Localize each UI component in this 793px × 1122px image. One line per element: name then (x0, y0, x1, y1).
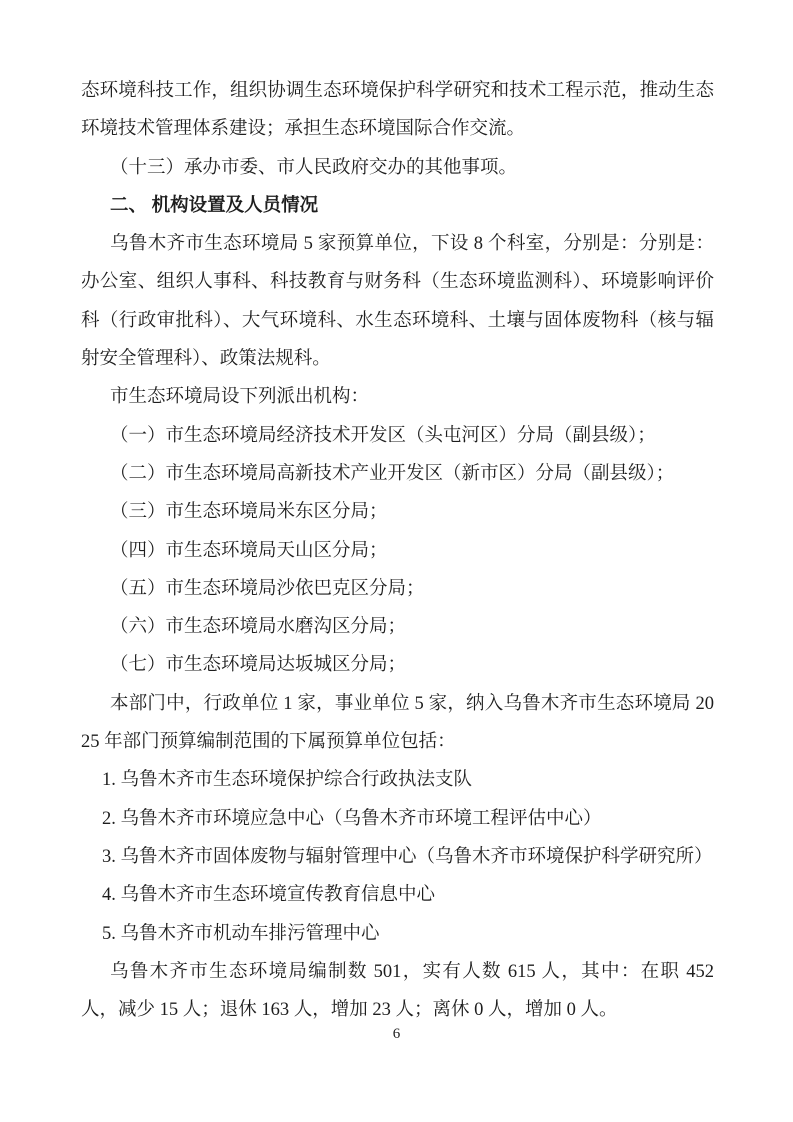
paragraph-subordinate-units-intro: 本部门中，行政单位 1 家，事业单位 5 家，纳入乌鲁木齐市生态环境局 2025… (81, 685, 714, 762)
paragraph-branch-2: （二）市生态环境局高新技术产业开发区（新市区）分局（副县级）； (81, 455, 714, 493)
list-item-5: 5. 乌鲁木齐市机动车排污管理中心 (81, 915, 714, 953)
list-item-2: 2. 乌鲁木齐市环境应急中心（乌鲁木齐市环境工程评估中心） (81, 800, 714, 838)
section-heading-2: 二、 机构设置及人员情况 (81, 187, 714, 225)
paragraph-branch-6: （六）市生态环境局水磨沟区分局； (81, 608, 714, 646)
list-item-1: 1. 乌鲁木齐市生态环境保护综合行政执法支队 (81, 761, 714, 799)
page-content: 态环境科技工作，组织协调生态环境保护科学研究和技术工程示范，推动生态环境技术管理… (81, 72, 714, 1029)
paragraph-item-13: （十三）承办市委、市人民政府交办的其他事项。 (81, 149, 714, 187)
paragraph-branch-3: （三）市生态环境局米东区分局； (81, 493, 714, 531)
paragraph-branch-5: （五）市生态环境局沙依巴克区分局； (81, 570, 714, 608)
paragraph-branch-7: （七）市生态环境局达坂城区分局； (81, 646, 714, 684)
paragraph-dispatched-orgs-intro: 市生态环境局设下列派出机构： (81, 378, 714, 416)
page-number: 6 (0, 1024, 793, 1044)
paragraph-budget-units: 乌鲁木齐市生态环境局 5 家预算单位，下设 8 个科室，分别是：分别是：办公室、… (81, 225, 714, 378)
paragraph-branch-1: （一）市生态环境局经济技术开发区（头屯河区）分局（副县级）； (81, 417, 714, 455)
list-item-4: 4. 乌鲁木齐市生态环境宣传教育信息中心 (81, 876, 714, 914)
document-page: { "document": { "paragraphs": [ { "role"… (0, 0, 793, 1122)
paragraph-continuation: 态环境科技工作，组织协调生态环境保护科学研究和技术工程示范，推动生态环境技术管理… (81, 72, 714, 149)
list-item-3: 3. 乌鲁木齐市固体废物与辐射管理中心（乌鲁木齐市环境保护科学研究所） (81, 838, 714, 876)
paragraph-branch-4: （四）市生态环境局天山区分局； (81, 532, 714, 570)
paragraph-staffing-numbers: 乌鲁木齐市生态环境局编制数 501，实有人数 615 人，其中：在职 452 人… (81, 953, 714, 1030)
